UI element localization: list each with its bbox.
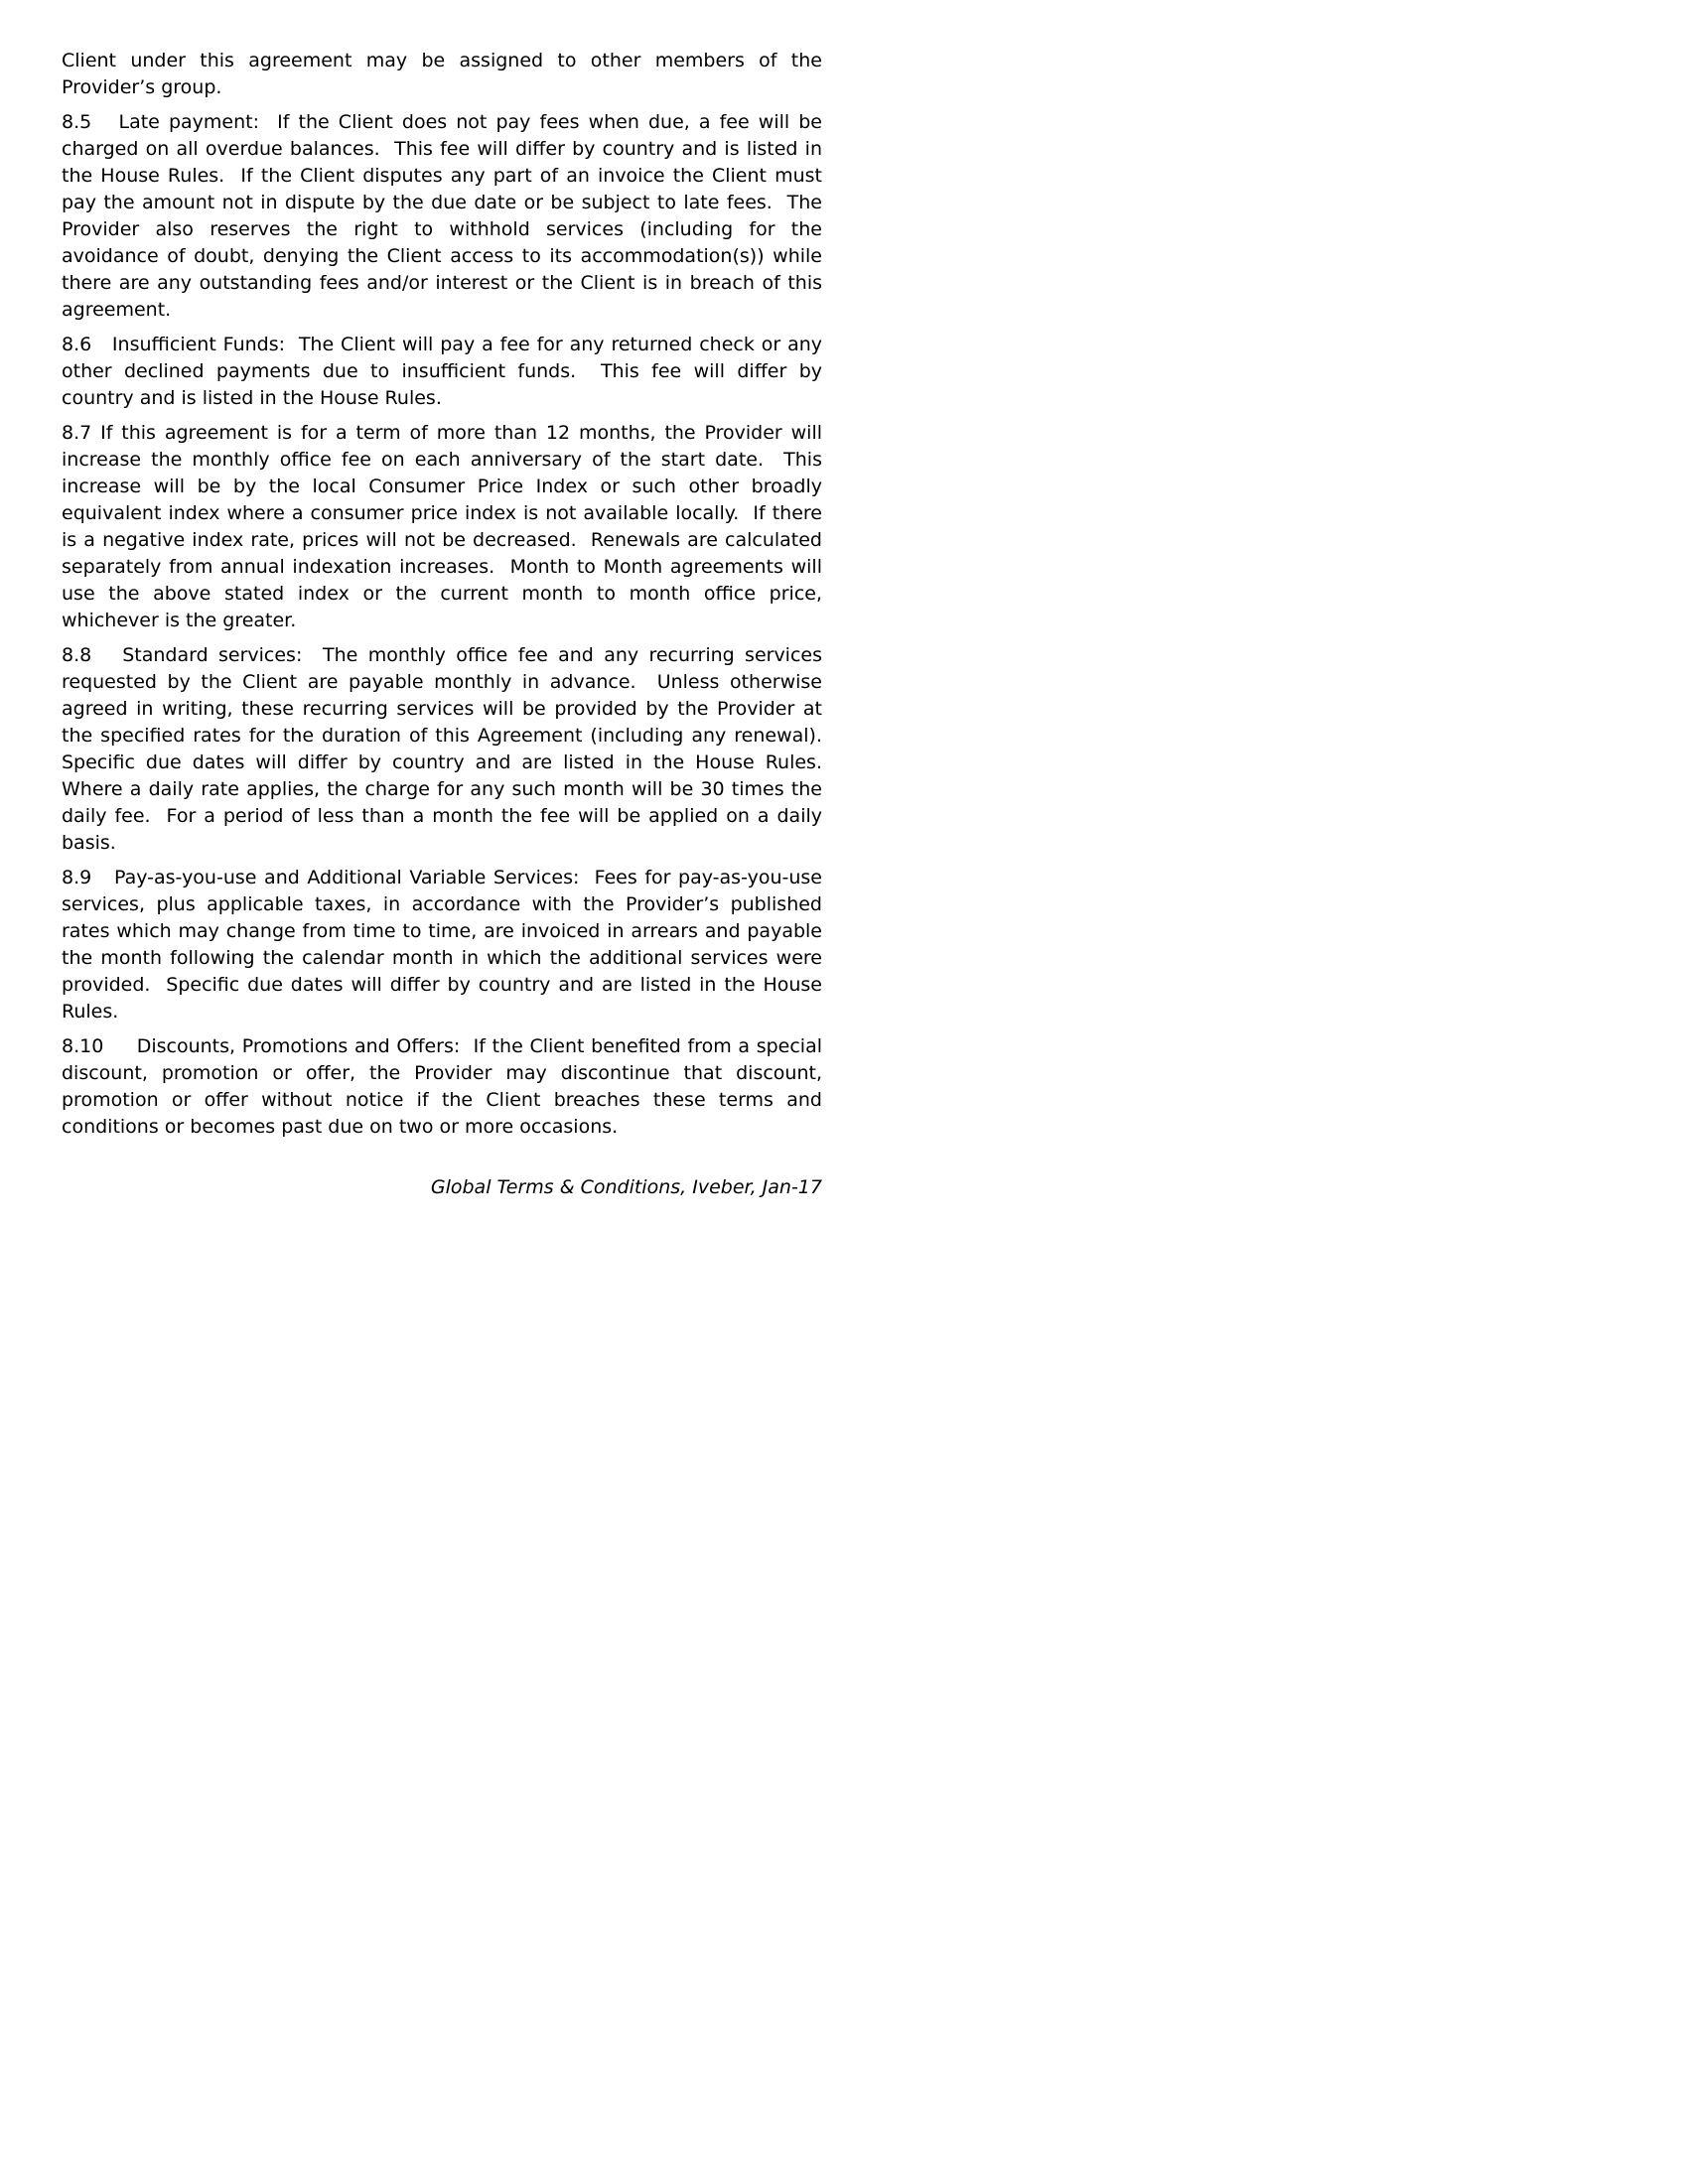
paragraph-clause-carryover: Client under this agreement may be assig… (62, 48, 822, 101)
paragraph-clause-8-5: 8.5 Late payment: If the Client does not… (62, 109, 822, 324)
document-footer: Global Terms & Conditions, Iveber, Jan-1… (62, 1174, 822, 1201)
paragraph-clause-8-7: 8.7 If this agreement is for a term of m… (62, 420, 822, 634)
paragraph-clause-8-10: 8.10 Discounts, Promotions and Offers: I… (62, 1033, 822, 1141)
paragraph-clause-8-9: 8.9 Pay-as-you-use and Additional Variab… (62, 865, 822, 1025)
paragraph-clause-8-8: 8.8 Standard services: The monthly offic… (62, 642, 822, 857)
document-page: Client under this agreement may be assig… (0, 0, 1688, 2184)
paragraph-clause-8-6: 8.6 Insufficient Funds: The Client will … (62, 332, 822, 412)
terms-text-column: Client under this agreement may be assig… (62, 48, 822, 1201)
